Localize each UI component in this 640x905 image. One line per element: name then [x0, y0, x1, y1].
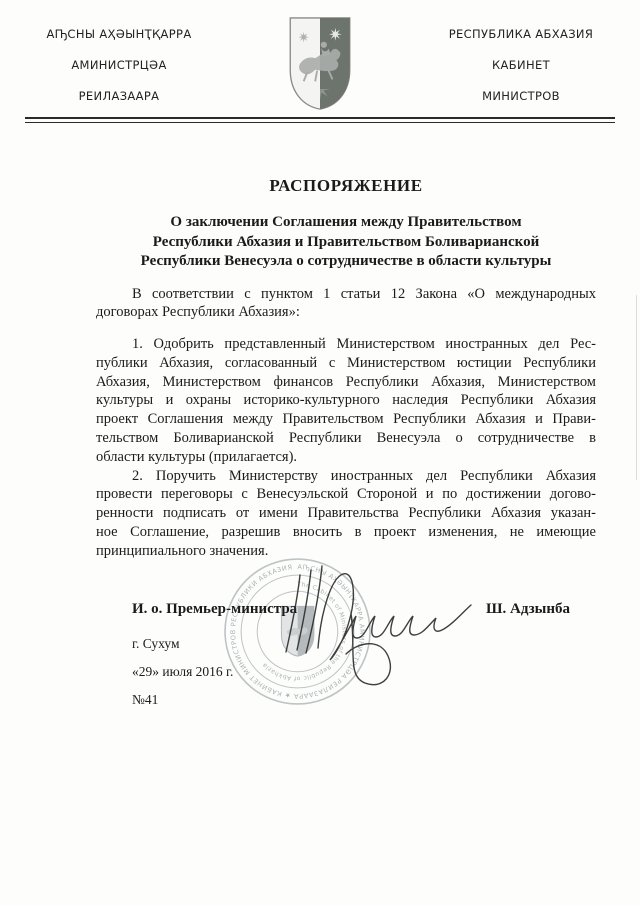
preamble-line: В соответствии с пунктом 1 статьи 12 Зак… [96, 285, 596, 304]
preamble-paragraph: В соответствии с пунктом 1 статьи 12 Зак… [96, 285, 596, 323]
order-item-line: 2. Поручить Министерству иностранных дел… [96, 467, 596, 486]
document-subject-line: Республики Абхазия и Правительством Боли… [96, 233, 596, 253]
document-subject: О заключении Соглашения между Правительс… [96, 213, 596, 272]
order-item-line: культуры и охраны историко-культурного н… [96, 391, 596, 410]
document-page: АҦСНЫ АҲӘЫНҬҚАРРА АМИНИСТРЦӘА РЕИЛАЗААРА [0, 0, 640, 905]
order-item-line: ное Соглашение, разрешив вносить в проек… [96, 523, 596, 542]
scan-edge-artifact [636, 295, 637, 480]
order-item-line: 1. Одобрить представленный Министерством… [96, 335, 596, 354]
header-rule [25, 117, 615, 123]
org-name-line: АҦСНЫ АҲӘЫНҬҚАРРА [25, 27, 213, 41]
org-name-line: МИНИСТРОВ [427, 89, 615, 103]
document-subject-line: Республики Венесуэла о сотрудничестве в … [96, 252, 596, 272]
order-item-line: проект Соглашения между Правительством Р… [96, 410, 596, 429]
org-name-russian: РЕСПУБЛИКА АБХАЗИЯ КАБИНЕТ МИНИСТРОВ [427, 16, 615, 103]
org-name-line: АМИНИСТРЦӘА [25, 58, 213, 72]
order-item-2: 2. Поручить Министерству иностранных дел… [96, 467, 596, 561]
order-item-1: 1. Одобрить представленный Министерством… [96, 335, 596, 467]
org-name-line: РЕСПУБЛИКА АБХАЗИЯ [427, 27, 615, 41]
org-name-line: КАБИНЕТ [427, 58, 615, 72]
order-item-line: Абхазия, Министерством финансов Республи… [96, 373, 596, 392]
order-item-line: области культуры (прилагается). [96, 448, 596, 467]
letterhead: АҦСНЫ АҲӘЫНҬҚАРРА АМИНИСТРЦӘА РЕИЛАЗААРА [0, 0, 640, 112]
order-item-line: провести переговоры с Венесуэльской Стор… [96, 485, 596, 504]
signer-name: Ш. Адзынба [486, 600, 570, 618]
org-name-line: РЕИЛАЗААРА [25, 89, 213, 103]
org-name-abkhaz: АҦСНЫ АҲӘЫНҬҚАРРА АМИНИСТРЦӘА РЕИЛАЗААРА [25, 16, 213, 103]
preamble-line: договорах Республики Абхазия»: [96, 303, 596, 322]
document-subject-line: О заключении Соглашения между Правительс… [96, 213, 596, 233]
handwritten-signature-icon [275, 550, 485, 700]
document-title: РАСПОРЯЖЕНИЕ [96, 176, 596, 196]
signer-role: И. о. Премьер-министра [132, 600, 297, 618]
order-item-line: ренности подписать от имени Правительств… [96, 504, 596, 523]
order-item-line: публики Абхазия, согласованный с Министе… [96, 354, 596, 373]
order-item-line: тельством Боливарианской Республики Вене… [96, 429, 596, 448]
abkhazia-coat-of-arms-icon [288, 16, 352, 112]
